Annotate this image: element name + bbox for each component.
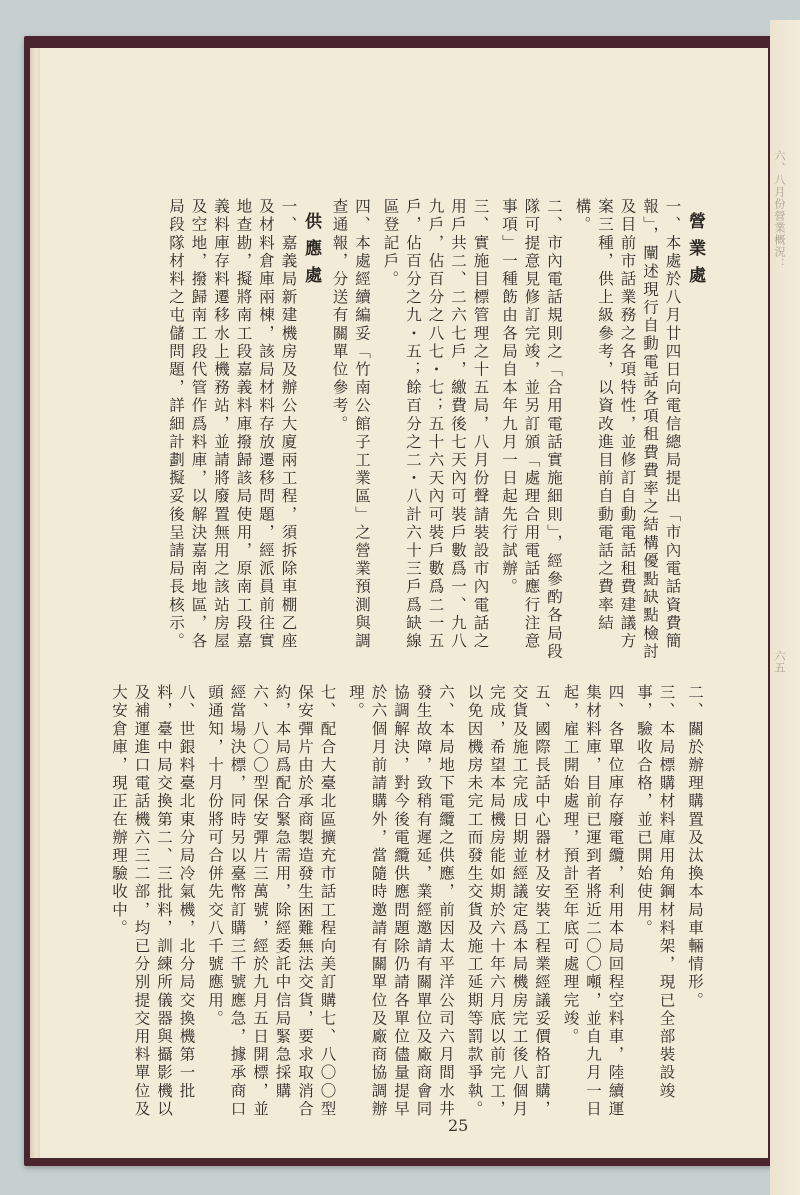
page-number: 25 [448, 1116, 468, 1135]
item-number: 四、 [353, 198, 371, 234]
top-half-text: 營業處 一、本處於八月廿四日向電信總局提出「市內電話資費簡報」，闡述現行自動電話… [159, 198, 707, 668]
item-number: 八、 [178, 684, 196, 720]
paragraph: 七、配合大臺北區擴充市話工程向美訂購七、八〇〇型保安彈片由於承商製造發生困難無法… [204, 684, 339, 1124]
item-number: 二、 [545, 198, 563, 234]
paragraph-text: 本局標購材料庫用角鋼材料架，現已全部裝設竣事，驗收合格，並已開始使用。 [635, 684, 676, 1100]
item-number: 六、 [437, 684, 455, 720]
adjacent-page-text-top: 六、八月份營業概況： [774, 150, 785, 570]
bottom-half-text: 二、關於辦理購置及汰換本局車輛情形。 三、本局標購材料庫用角鋼材料架，現已全部裝… [102, 684, 707, 1124]
paragraph: 八、世銀料臺北東分局冷氣機，北分局交換機第一批料，臺中局交換第二、三批料，訓練所… [108, 684, 198, 1124]
paragraph: 二、關於辦理購置及汰換本局車輛情形。 [684, 684, 707, 1124]
item-number: 五、 [533, 684, 551, 720]
paragraph-text: 配合大臺北區擴充市話工程向美訂購七、八〇〇型保安彈片由於承商製造發生困難無法交貨… [206, 684, 337, 1118]
section-title-supply: 供應處 [301, 198, 321, 293]
paragraph: 六、本局地下電纜之供應，前因太平洋公司六月間水井發生故障，致稍有遲延，業經邀請有… [345, 684, 458, 1124]
paragraph-text: 國際長話中心器材及安裝工程業經議妥價格訂購，交貨及施工完成日期並經議定爲本局機房… [466, 684, 552, 1118]
paragraph-text: 各單位庫存廢電纜，利用本局回程空料車，陸續運集材料庫，目前已運到者將近二〇〇噸，… [562, 684, 625, 1118]
paragraph-text: 市內電話規則之「合用電話實施細則」，經參酌各局段隊可提意見修訂完竣，並另訂頒「處… [500, 198, 563, 661]
paragraph-text: 實施目標管理之十五局，八月份聲請裝設市內電話之用戶共二、二六七戶，繳費後七天內可… [382, 198, 490, 651]
section-title-business: 營業處 [685, 198, 705, 293]
adjacent-page-text-bottom: 六五 [774, 650, 785, 1070]
paragraph: 一、嘉義局新建機房及辦公大廈兩工程，須拆除車棚乙座及材料倉庫兩棟，該局材料存放遷… [165, 198, 300, 668]
item-number: 四、 [607, 684, 625, 720]
item-number: 三、 [658, 684, 676, 720]
item-number: 二、 [686, 684, 704, 720]
paragraph: 四、各單位庫存廢電纜，利用本局回程空料車，陸續運集材料庫，目前已運到者將近二〇〇… [559, 684, 627, 1124]
paragraph-text: 本局地下電纜之供應，前因太平洋公司六月間水井發生故障，致稍有遲延，業經邀請有關單… [347, 684, 455, 1118]
paragraph-text: 世銀料臺北東分局冷氣機，北分局交換機第一批料，臺中局交換第二、三批料，訓練所儀器… [110, 684, 196, 1118]
item-number: 一、 [280, 198, 298, 234]
document-page: 營業處 一、本處於八月廿四日向電信總局提出「市內電話資費簡報」，闡述現行自動電話… [40, 48, 768, 1158]
item-number: 三、 [472, 198, 490, 234]
item-number: 七、 [319, 684, 337, 720]
paragraph: 一、本處於八月廿四日向電信總局提出「市內電話資費簡報」，闡述現行自動電話各項租費… [571, 198, 684, 668]
paragraph: 五、國際長話中心器材及安裝工程業經議妥價格訂購，交貨及施工完成日期並經議定爲本局… [463, 684, 553, 1124]
item-number: 一、 [664, 198, 682, 234]
paragraph-text: 本處經續編妥「竹南公館子工業區」之營業預測與調查通報，分送有關單位參考。 [331, 198, 372, 651]
paragraph: 三、本局標購材料庫用角鋼材料架，現已全部裝設竣事，驗收合格，並已開始使用。 [633, 684, 678, 1124]
paragraph-text: 關於辦理購置及汰換本局車輛情形。 [686, 720, 704, 1010]
paragraph-text: 嘉義局新建機房及辦公大廈兩工程，須拆除車棚乙座及材料倉庫兩棟，該局材料存放遷移問… [167, 198, 298, 651]
paragraph-text: 本處於八月廿四日向電信總局提出「市內電話資費簡報」，闡述現行自動電話各項租費費率… [574, 198, 682, 661]
paragraph: 二、市內電話規則之「合用電話實施細則」，經參酌各局段隊可提意見修訂完竣，並另訂頒… [498, 198, 566, 668]
paragraph: 四、本處經續編妥「竹南公館子工業區」之營業預測與調查通報，分送有關單位參考。 [328, 198, 373, 668]
adjacent-page-edge: 六、八月份營業概況： 六五 [770, 20, 800, 1195]
paragraph: 三、實施目標管理之十五局，八月份聲請裝設市內電話之用戶共二、二六七戶，繳費後七天… [379, 198, 492, 668]
